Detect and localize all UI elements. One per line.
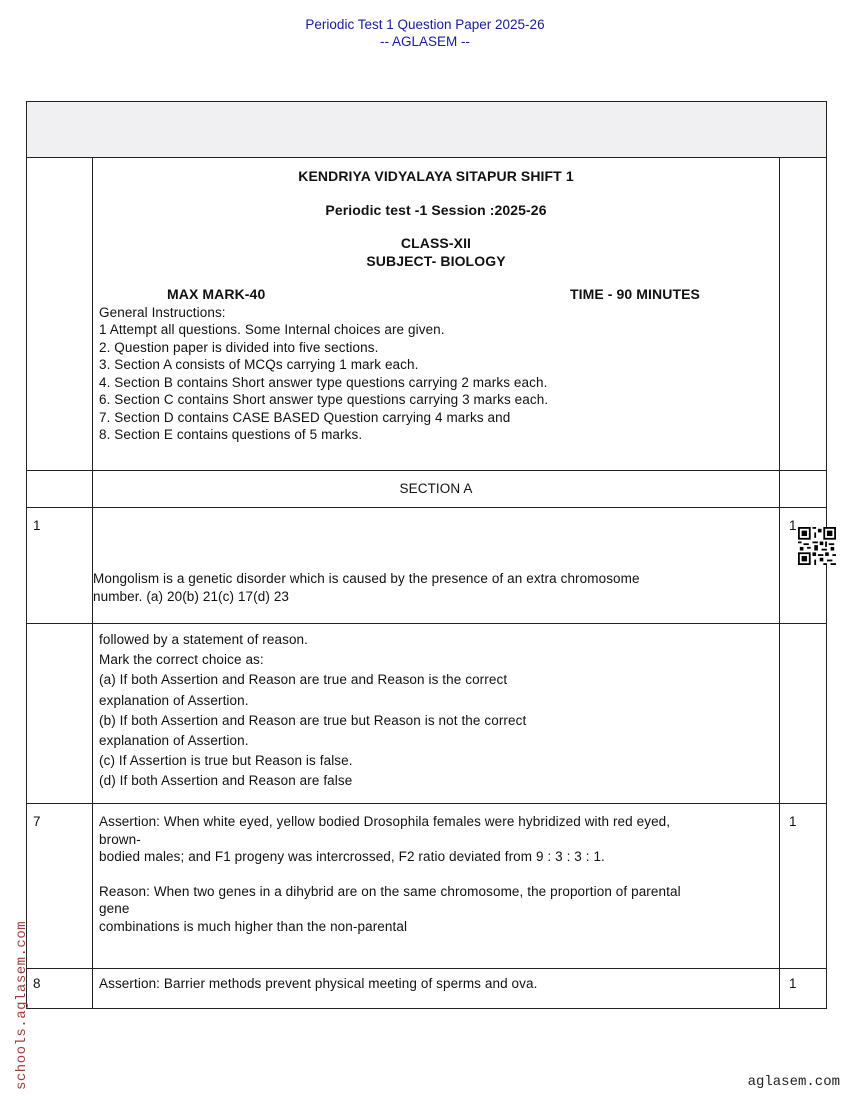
option-line: (c) If Assertion is true but Reason is f… xyxy=(99,751,773,771)
page-header: Periodic Test 1 Question Paper 2025-26 -… xyxy=(0,16,850,50)
empty-cell xyxy=(27,158,93,471)
instruction-item: 6. Section C contains Short answer type … xyxy=(99,391,773,409)
question-line: number. (a) 20(b) 21(c) 17(d) 23 xyxy=(93,588,640,606)
instruction-item: 4. Section B contains Short answer type … xyxy=(99,374,773,392)
instruction-line: followed by a statement of reason. xyxy=(99,630,773,650)
footer-watermark: aglasem.com xyxy=(748,1074,840,1090)
paper-info-cell: KENDRIYA VIDYALAYA SITAPUR SHIFT 1 Perio… xyxy=(93,158,780,471)
header-band-row xyxy=(27,102,827,158)
qr-code-icon xyxy=(798,527,836,565)
question-number: 7 xyxy=(27,804,93,969)
option-line: explanation of Assertion. xyxy=(99,691,773,711)
assertion-reason-instructions: followed by a statement of reason. Mark … xyxy=(93,624,780,804)
max-marks: MAX MARK-40 xyxy=(167,286,265,304)
question-row-8: 8 Assertion: Barrier methods prevent phy… xyxy=(27,969,827,1009)
empty-cell xyxy=(27,471,93,508)
session-title: Periodic test -1 Session :2025-26 xyxy=(99,202,773,220)
reason-line: Reason: When two genes in a dihybrid are… xyxy=(99,883,773,901)
empty-cell xyxy=(27,624,93,804)
option-line: (b) If both Assertion and Reason are tru… xyxy=(99,711,773,731)
question-text: Assertion: When white eyed, yellow bodie… xyxy=(93,804,780,969)
question-marks: 1 xyxy=(789,518,797,533)
question-row-7: 7 Assertion: When white eyed, yellow bod… xyxy=(27,804,827,969)
instructions-title: General Instructions: xyxy=(99,304,773,322)
empty-cell xyxy=(780,624,827,804)
empty-cell xyxy=(780,471,827,508)
header-band xyxy=(27,102,827,158)
instruction-item: 1 Attempt all questions. Some Internal c… xyxy=(99,321,773,339)
section-a-row: SECTION A xyxy=(27,471,827,508)
question-number: 8 xyxy=(27,969,93,1009)
reason-line: gene xyxy=(99,900,773,918)
general-instructions: General Instructions: 1 Attempt all ques… xyxy=(99,304,773,444)
question-text: Mongolism is a genetic disorder which is… xyxy=(93,508,780,624)
option-line: (a) If both Assertion and Reason are tru… xyxy=(99,670,773,690)
reason-line: combinations is much higher than the non… xyxy=(99,918,773,936)
question-paper-table: KENDRIYA VIDYALAYA SITAPUR SHIFT 1 Perio… xyxy=(26,101,827,1009)
option-line: (d) If both Assertion and Reason are fal… xyxy=(99,771,773,791)
question-marks: 1 xyxy=(780,969,827,1009)
class-label: CLASS-XII xyxy=(99,235,773,253)
section-a-heading: SECTION A xyxy=(93,471,780,508)
assertion-line: bodied males; and F1 progeny was intercr… xyxy=(99,848,773,866)
question-marks: 1 xyxy=(780,804,827,969)
side-watermark: schools.aglasem.com xyxy=(14,921,30,1090)
instruction-item: 8. Section E contains questions of 5 mar… xyxy=(99,426,773,444)
instruction-item: 3. Section A consists of MCQs carrying 1… xyxy=(99,356,773,374)
instruction-item: 7. Section D contains CASE BASED Questio… xyxy=(99,409,773,427)
school-name: KENDRIYA VIDYALAYA SITAPUR SHIFT 1 xyxy=(99,168,773,186)
question-line: Mongolism is a genetic disorder which is… xyxy=(93,570,640,588)
subject-label: SUBJECT- BIOLOGY xyxy=(99,253,773,271)
header-title: Periodic Test 1 Question Paper 2025-26 xyxy=(0,16,850,33)
question-text: Assertion: Barrier methods prevent physi… xyxy=(93,969,780,1009)
header-brand: -- AGLASEM -- xyxy=(0,33,850,50)
question-row-1: 1 Mongolism is a genetic disorder which … xyxy=(27,508,827,624)
assertion-reason-instructions-row: followed by a statement of reason. Mark … xyxy=(27,624,827,804)
time-limit: TIME - 90 MINUTES xyxy=(570,286,700,304)
assertion-line: Assertion: When white eyed, yellow bodie… xyxy=(99,813,773,831)
question-marks-cell: 1 xyxy=(780,508,827,624)
question-number: 1 xyxy=(27,508,93,624)
instruction-line: Mark the correct choice as: xyxy=(99,650,773,670)
instruction-item: 2. Question paper is divided into five s… xyxy=(99,339,773,357)
marks-time-row: MAX MARK-40 TIME - 90 MINUTES xyxy=(99,286,773,304)
option-line: explanation of Assertion. xyxy=(99,731,773,751)
assertion-line: brown- xyxy=(99,831,773,849)
empty-cell xyxy=(780,158,827,471)
paper-info-row: KENDRIYA VIDYALAYA SITAPUR SHIFT 1 Perio… xyxy=(27,158,827,471)
